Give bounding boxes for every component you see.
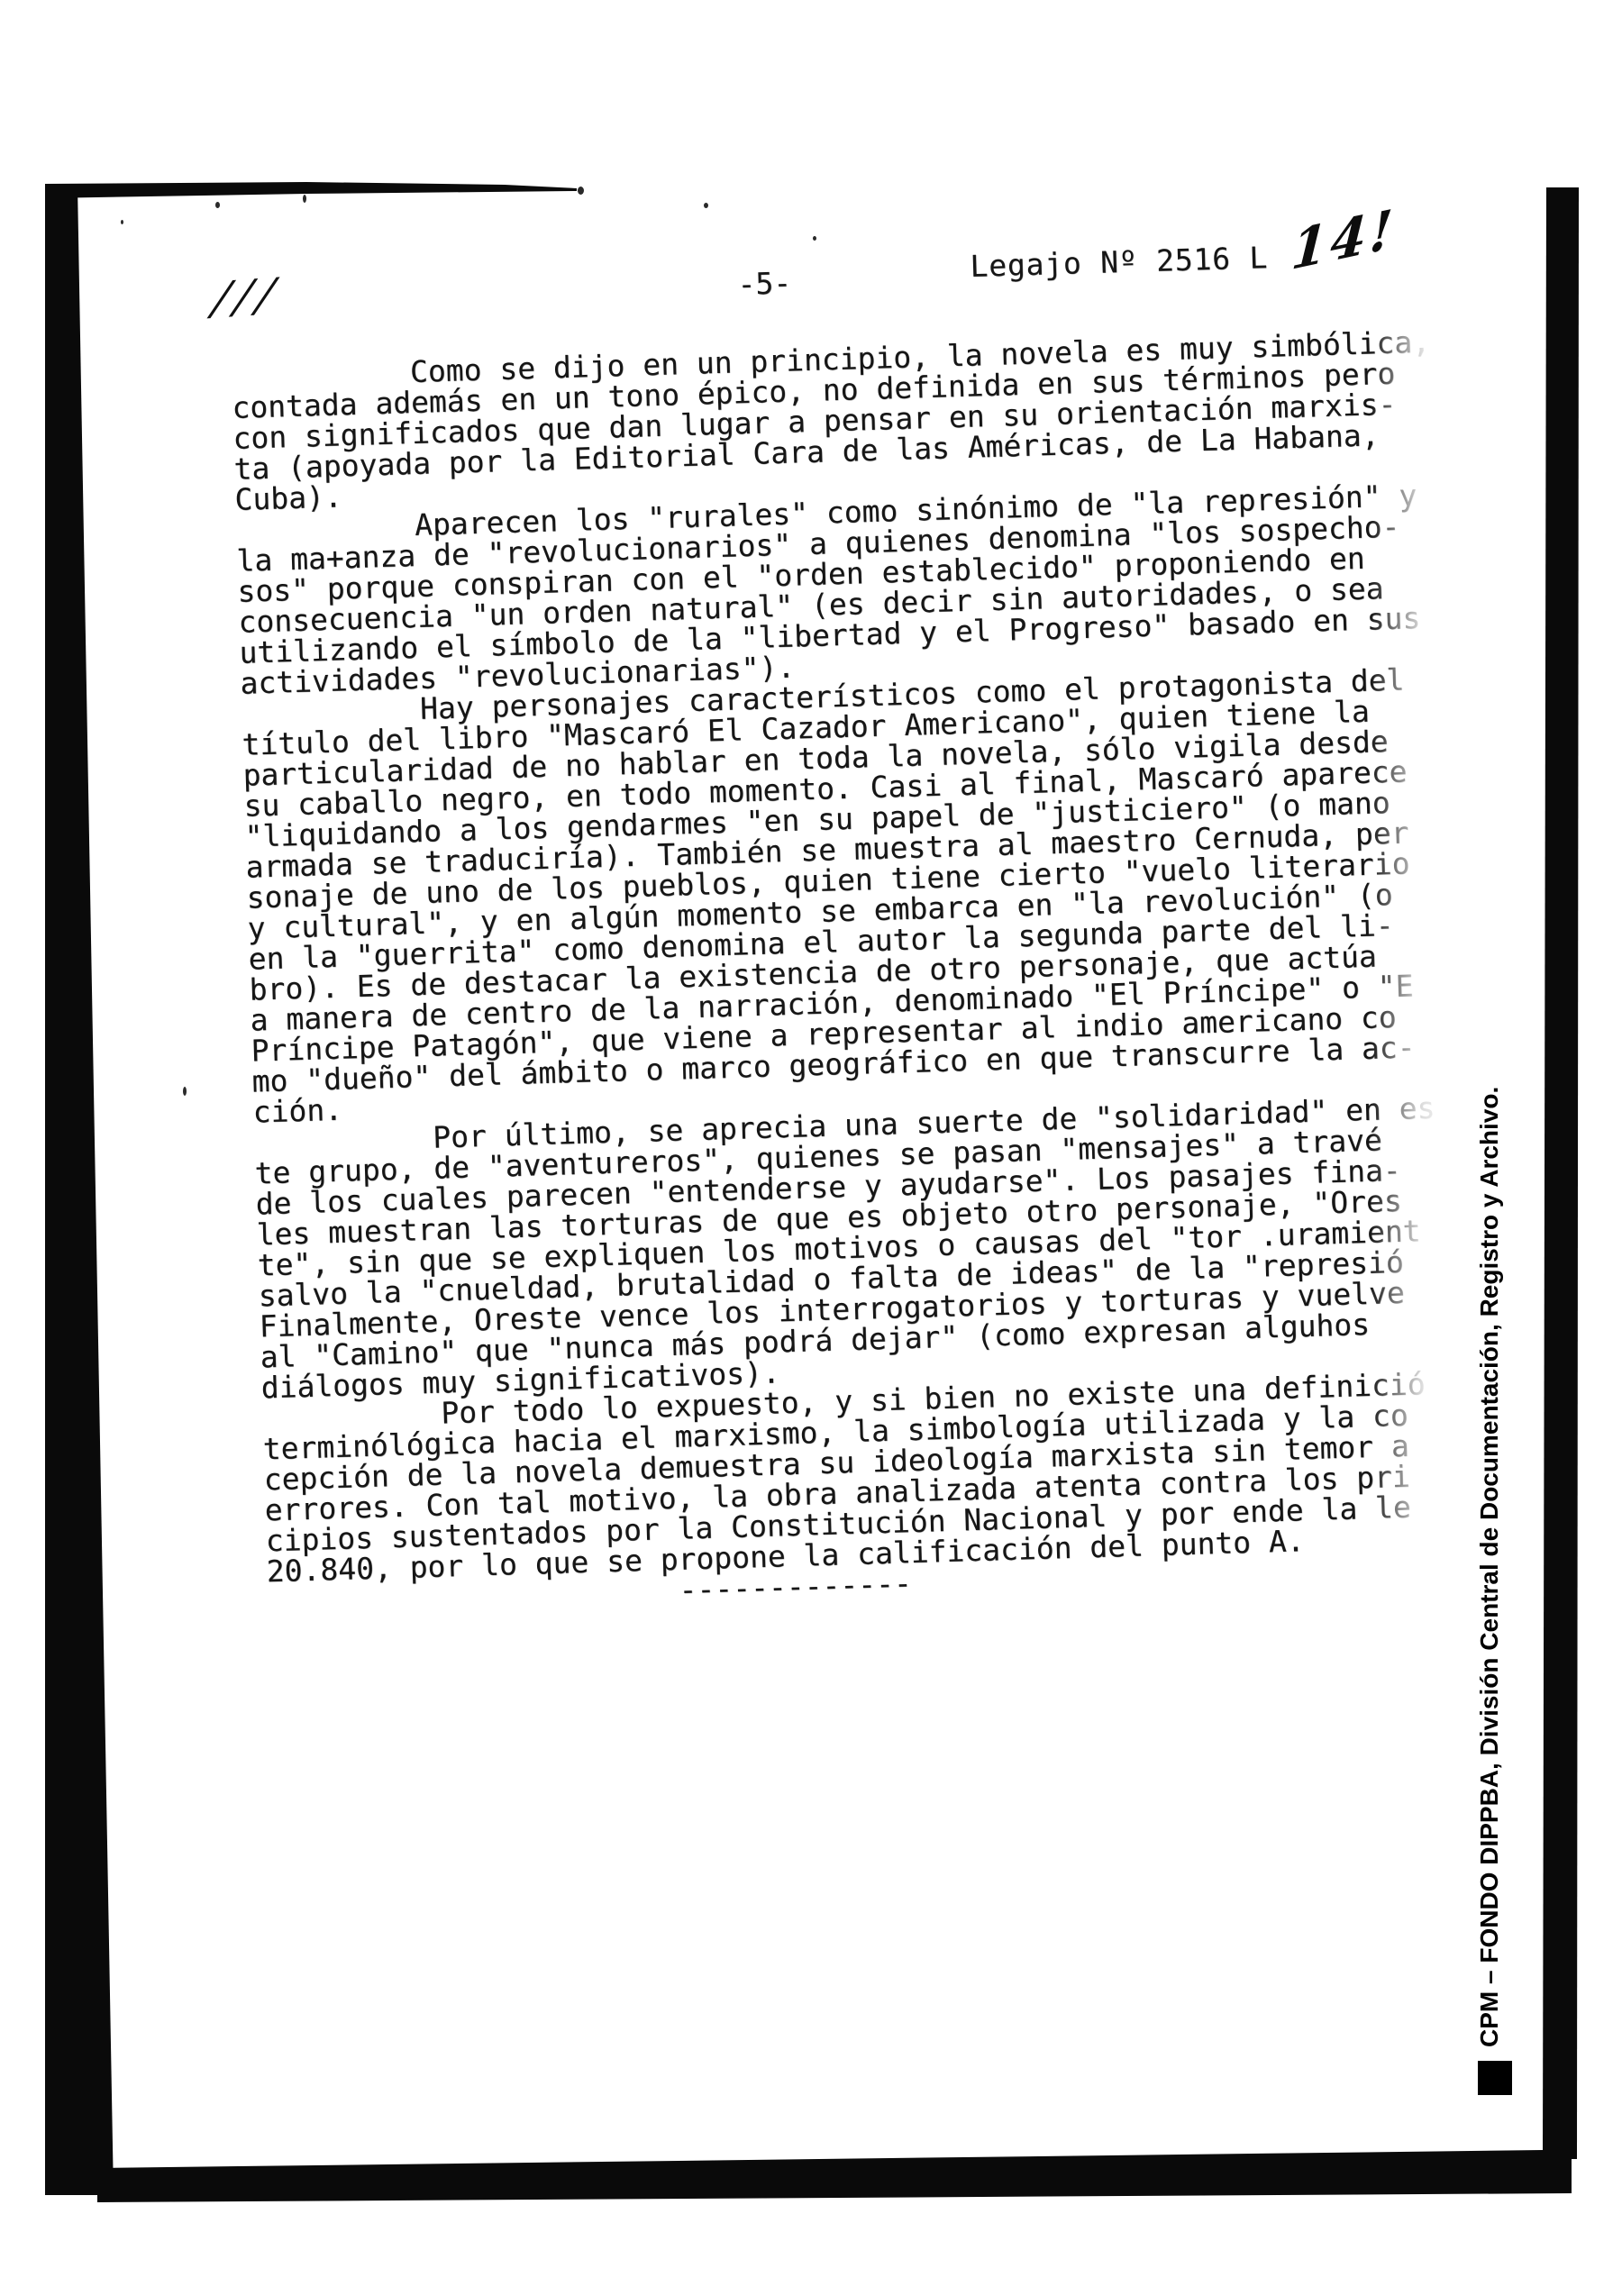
scan-speck bbox=[183, 1087, 187, 1096]
scan-speck bbox=[121, 220, 123, 224]
typewritten-body: Como se dijo en un principio, la novela … bbox=[231, 326, 1475, 1617]
frame-right-bar bbox=[1543, 187, 1579, 2159]
file-number-label: Legajo Nº 2516 L bbox=[970, 240, 1269, 284]
scan-speck bbox=[578, 187, 584, 195]
frame-bottom-bar bbox=[97, 2146, 1572, 2202]
frame-left-bar bbox=[45, 186, 114, 2195]
scanned-document-page: /// -5- Legajo Nº 2516 L 14! Como se dij… bbox=[0, 0, 1622, 2296]
scan-speck bbox=[303, 195, 306, 203]
frame-top-line bbox=[45, 182, 577, 198]
scan-speck bbox=[813, 236, 816, 241]
watermark-square bbox=[1478, 2061, 1512, 2095]
scan-speck bbox=[704, 203, 708, 208]
page-number: -5- bbox=[737, 265, 792, 302]
handwritten-mark: 14! bbox=[1289, 196, 1399, 282]
archive-watermark: CPM – FONDO DIPPBA, División Central de … bbox=[1475, 1087, 1504, 2047]
scan-speck bbox=[215, 202, 220, 208]
handwritten-slashes: /// bbox=[209, 269, 284, 325]
